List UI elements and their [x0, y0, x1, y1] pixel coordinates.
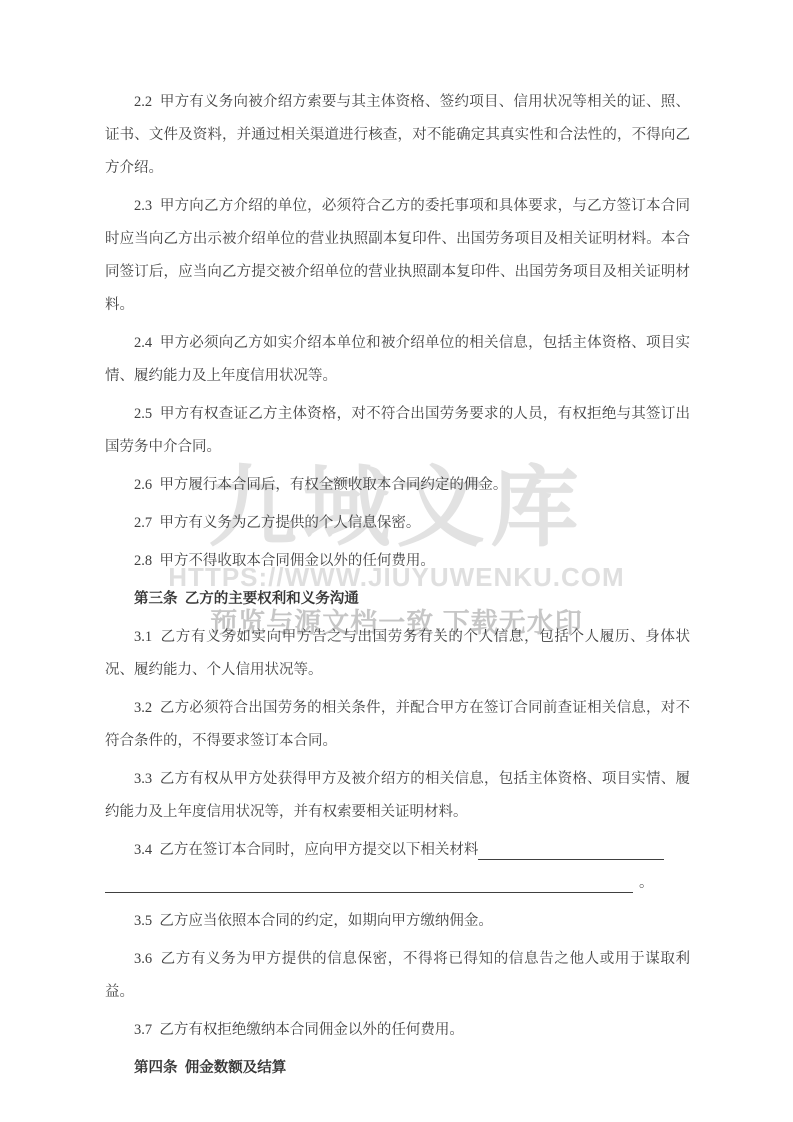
clause-3-4-text: 3.4 乙方在签订本合同时，应向甲方提交以下相关材料: [105, 834, 478, 867]
clause-3-4-period: 。: [633, 867, 654, 900]
blank-underline-2: [105, 891, 633, 893]
contract-body: 2.2 甲方有义务向被介绍方索要与其主体资格、签约项目、信用状况等相关的证、照、…: [105, 86, 690, 1090]
clause-2-5: 2.5 甲方有权查证乙方主体资格，对不符合出国劳务要求的人员，有权拒绝与其签订出…: [105, 398, 690, 464]
clause-2-6: 2.6 甲方履行本合同后，有权全额收取本合同约定的佣金。: [105, 469, 690, 502]
clause-3-6: 3.6 乙方有义务为甲方提供的信息保密，不得将已得知的信息告之他人或用于谋取利益…: [105, 943, 690, 1009]
clause-3-5: 3.5 乙方应当依照本合同的约定，如期向甲方缴纳佣金。: [105, 905, 690, 938]
clause-2-4: 2.4 甲方必须向乙方如实介绍本单位和被介绍单位的相关信息，包括主体资格、项目实…: [105, 327, 690, 393]
clause-3-3: 3.3 乙方有权从甲方处获得甲方及被介绍方的相关信息，包括主体资格、项目实情、履…: [105, 763, 690, 829]
heading-article-4: 第四条 佣金数额及结算: [105, 1052, 690, 1085]
clause-3-4-line2: 。: [105, 867, 690, 900]
clause-2-2: 2.2 甲方有义务向被介绍方索要与其主体资格、签约项目、信用状况等相关的证、照、…: [105, 86, 690, 185]
clause-3-7: 3.7 乙方有权拒绝缴纳本合同佣金以外的任何费用。: [105, 1014, 690, 1047]
clause-3-2: 3.2 乙方必须符合出国劳务的相关条件，并配合甲方在签订合同前查证相关信息，对不…: [105, 692, 690, 758]
clause-3-4-line1: 3.4 乙方在签订本合同时，应向甲方提交以下相关材料: [105, 834, 690, 867]
clause-2-8: 2.8 甲方不得收取本合同佣金以外的任何费用。: [105, 545, 690, 578]
document-page: 九域文库 HTTPS://WWW.JIUYUWENKU.COM 预览与源文档一致…: [0, 0, 793, 1122]
blank-underline-1: [478, 858, 664, 860]
clause-3-1: 3.1 乙方有义务如实向甲方告之与出国劳务有关的个人信息，包括个人履历、身体状况…: [105, 621, 690, 687]
heading-article-3: 第三条 乙方的主要权利和义务沟通: [105, 583, 690, 616]
clause-2-7: 2.7 甲方有义务为乙方提供的个人信息保密。: [105, 507, 690, 540]
clause-2-3: 2.3 甲方向乙方介绍的单位，必须符合乙方的委托事项和具体要求，与乙方签订本合同…: [105, 190, 690, 322]
clause-3-4: 3.4 乙方在签订本合同时，应向甲方提交以下相关材料 。: [105, 834, 690, 900]
